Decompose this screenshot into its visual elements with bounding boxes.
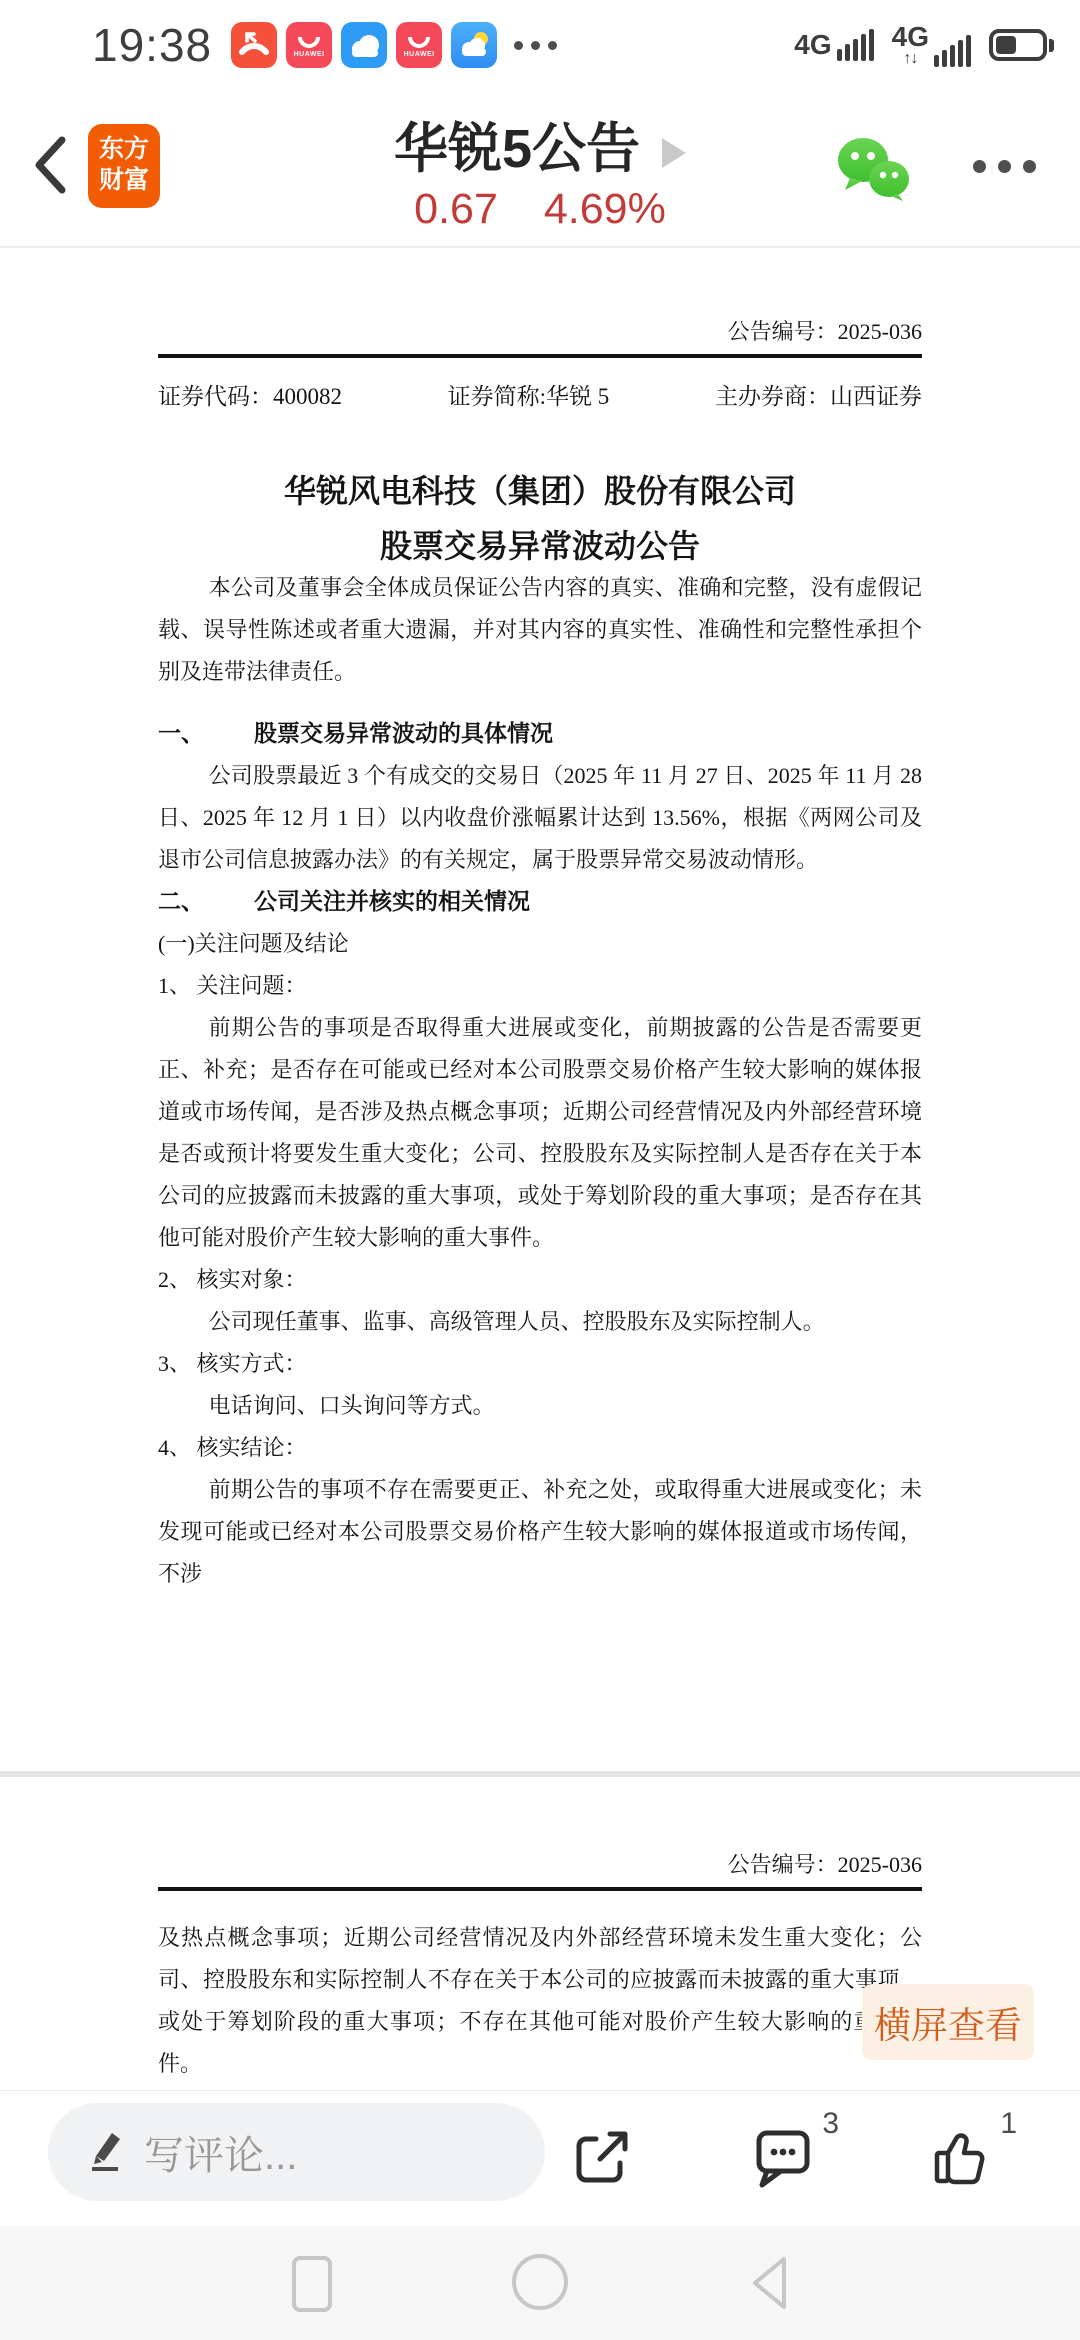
android-nav-bar [0,2226,1080,2340]
subsection-heading: (一)关注问题及结论 [158,923,922,965]
signal-sim2-icon: 4G ↑↓ [892,23,971,67]
announcement-number: 公告编号：2025-036 [158,1851,922,1879]
security-name: 证券简称:华锐 5 [448,382,610,412]
more-notifications-icon [514,41,557,50]
paragraph: 前期公告的事项是否取得重大进展或变化，前期披露的公告是否需要更正、补充；是否存在… [158,1007,922,1259]
phone-screen: 19:38 HUAWEI HUAWEI [0,0,1080,2340]
comment-placeholder: 写评论... [144,2124,297,2181]
security-code: 证券代码：400082 [158,382,342,412]
announcement-title: 股票交易异常波动公告 [158,525,922,567]
document-page-1: 公告编号：2025-036 证券代码：400082 证券简称:华锐 5 主办券商… [0,248,1080,1771]
section-2-heading: 二、 公司关注并核实的相关情况 [158,881,922,923]
company-name-title: 华锐风电科技（集团）股份有限公司 [158,470,922,512]
list-item: 2、 核实对象： [158,1259,922,1301]
comment-count-badge: 3 [822,2107,839,2141]
board-statement: 本公司及董事会全体成员保证公告内容的真实、准确和完整，没有虚假记载、误导性陈述或… [158,567,922,693]
status-left: 19:38 HUAWEI HUAWEI [92,18,557,72]
announcement-document: 公告编号：2025-036 证券代码：400082 证券简称:华锐 5 主办券商… [0,248,1080,2090]
stock-quote: 0.67 4.69% [414,185,666,234]
eastmoney-logo[interactable]: 东方 财富 [88,124,160,208]
comments-button[interactable]: 3 [751,2125,815,2194]
recents-button[interactable] [292,2256,332,2312]
paragraph: 电话询问、口头询问等方式。 [158,1385,922,1427]
missed-call-notification-icon [231,22,277,68]
expand-right-icon[interactable] [662,138,686,168]
wechat-share-button[interactable] [836,136,912,207]
appgallery-notification-icon-2: HUAWEI [396,22,442,68]
back-nav-button[interactable] [748,2254,792,2317]
status-bar: 19:38 HUAWEI HUAWEI [0,0,1080,90]
sponsor-broker: 主办券商：山西证券 [715,382,922,412]
landscape-view-button[interactable]: 横屏查看 [862,1984,1034,2060]
data-arrows-icon: ↑↓ [903,51,917,67]
page-title: 华锐5公告 [394,106,640,183]
weather-notification-icon [451,22,497,68]
list-item: 4、 核实结论： [158,1427,922,1469]
battery-icon [989,29,1054,61]
stock-change: 4.69% [544,185,666,234]
paragraph: 公司现任董事、监事、高级管理人员、控股股东及实际控制人。 [158,1301,922,1343]
pencil-icon [86,2128,126,2177]
security-info-row: 证券代码：400082 证券简称:华锐 5 主办券商：山西证券 [158,382,922,412]
more-options-button[interactable] [973,160,1036,173]
horizontal-rule [158,1887,922,1891]
back-button[interactable] [30,134,70,201]
appgallery-notification-icon: HUAWEI [286,22,332,68]
signal-sim1-icon: 4G [794,29,873,61]
clock: 19:38 [92,18,212,72]
share-button[interactable] [570,2125,634,2194]
app-header: 东方 财富 华锐5公告 0.67 4.69% [0,90,1080,248]
home-button[interactable] [512,2254,568,2310]
announcement-number: 公告编号：2025-036 [158,318,922,346]
list-item: 3、 核实方式： [158,1343,922,1385]
comment-bar: 写评论... 3 1 [0,2090,1080,2226]
cloud-notification-icon [341,22,387,68]
stock-price: 0.67 [414,185,498,234]
comment-input[interactable]: 写评论... [48,2103,545,2201]
paragraph: 及热点概念事项；近期公司经营情况及内外部经营环境未发生重大变化；公司、控股股东和… [158,1917,922,2085]
section-1-heading: 一、 股票交易异常波动的具体情况 [158,713,922,755]
appgallery-smile-arc [408,37,430,48]
paragraph: 公司股票最近 3 个有成交的交易日（2025 年 11 月 27 日、2025 … [158,755,922,881]
status-right: 4G 4G ↑↓ [794,23,1054,67]
paragraph: 前期公告的事项不存在需要更正、补充之处，或取得重大进展或变化；未发现可能或已经对… [158,1469,922,1595]
like-button[interactable]: 1 [929,2125,993,2194]
header-title-block[interactable]: 华锐5公告 0.67 4.69% [394,106,686,234]
like-count-badge: 1 [1000,2107,1017,2141]
list-item: 1、 关注问题： [158,965,922,1007]
appgallery-smile-arc [298,37,320,48]
horizontal-rule [158,354,922,358]
